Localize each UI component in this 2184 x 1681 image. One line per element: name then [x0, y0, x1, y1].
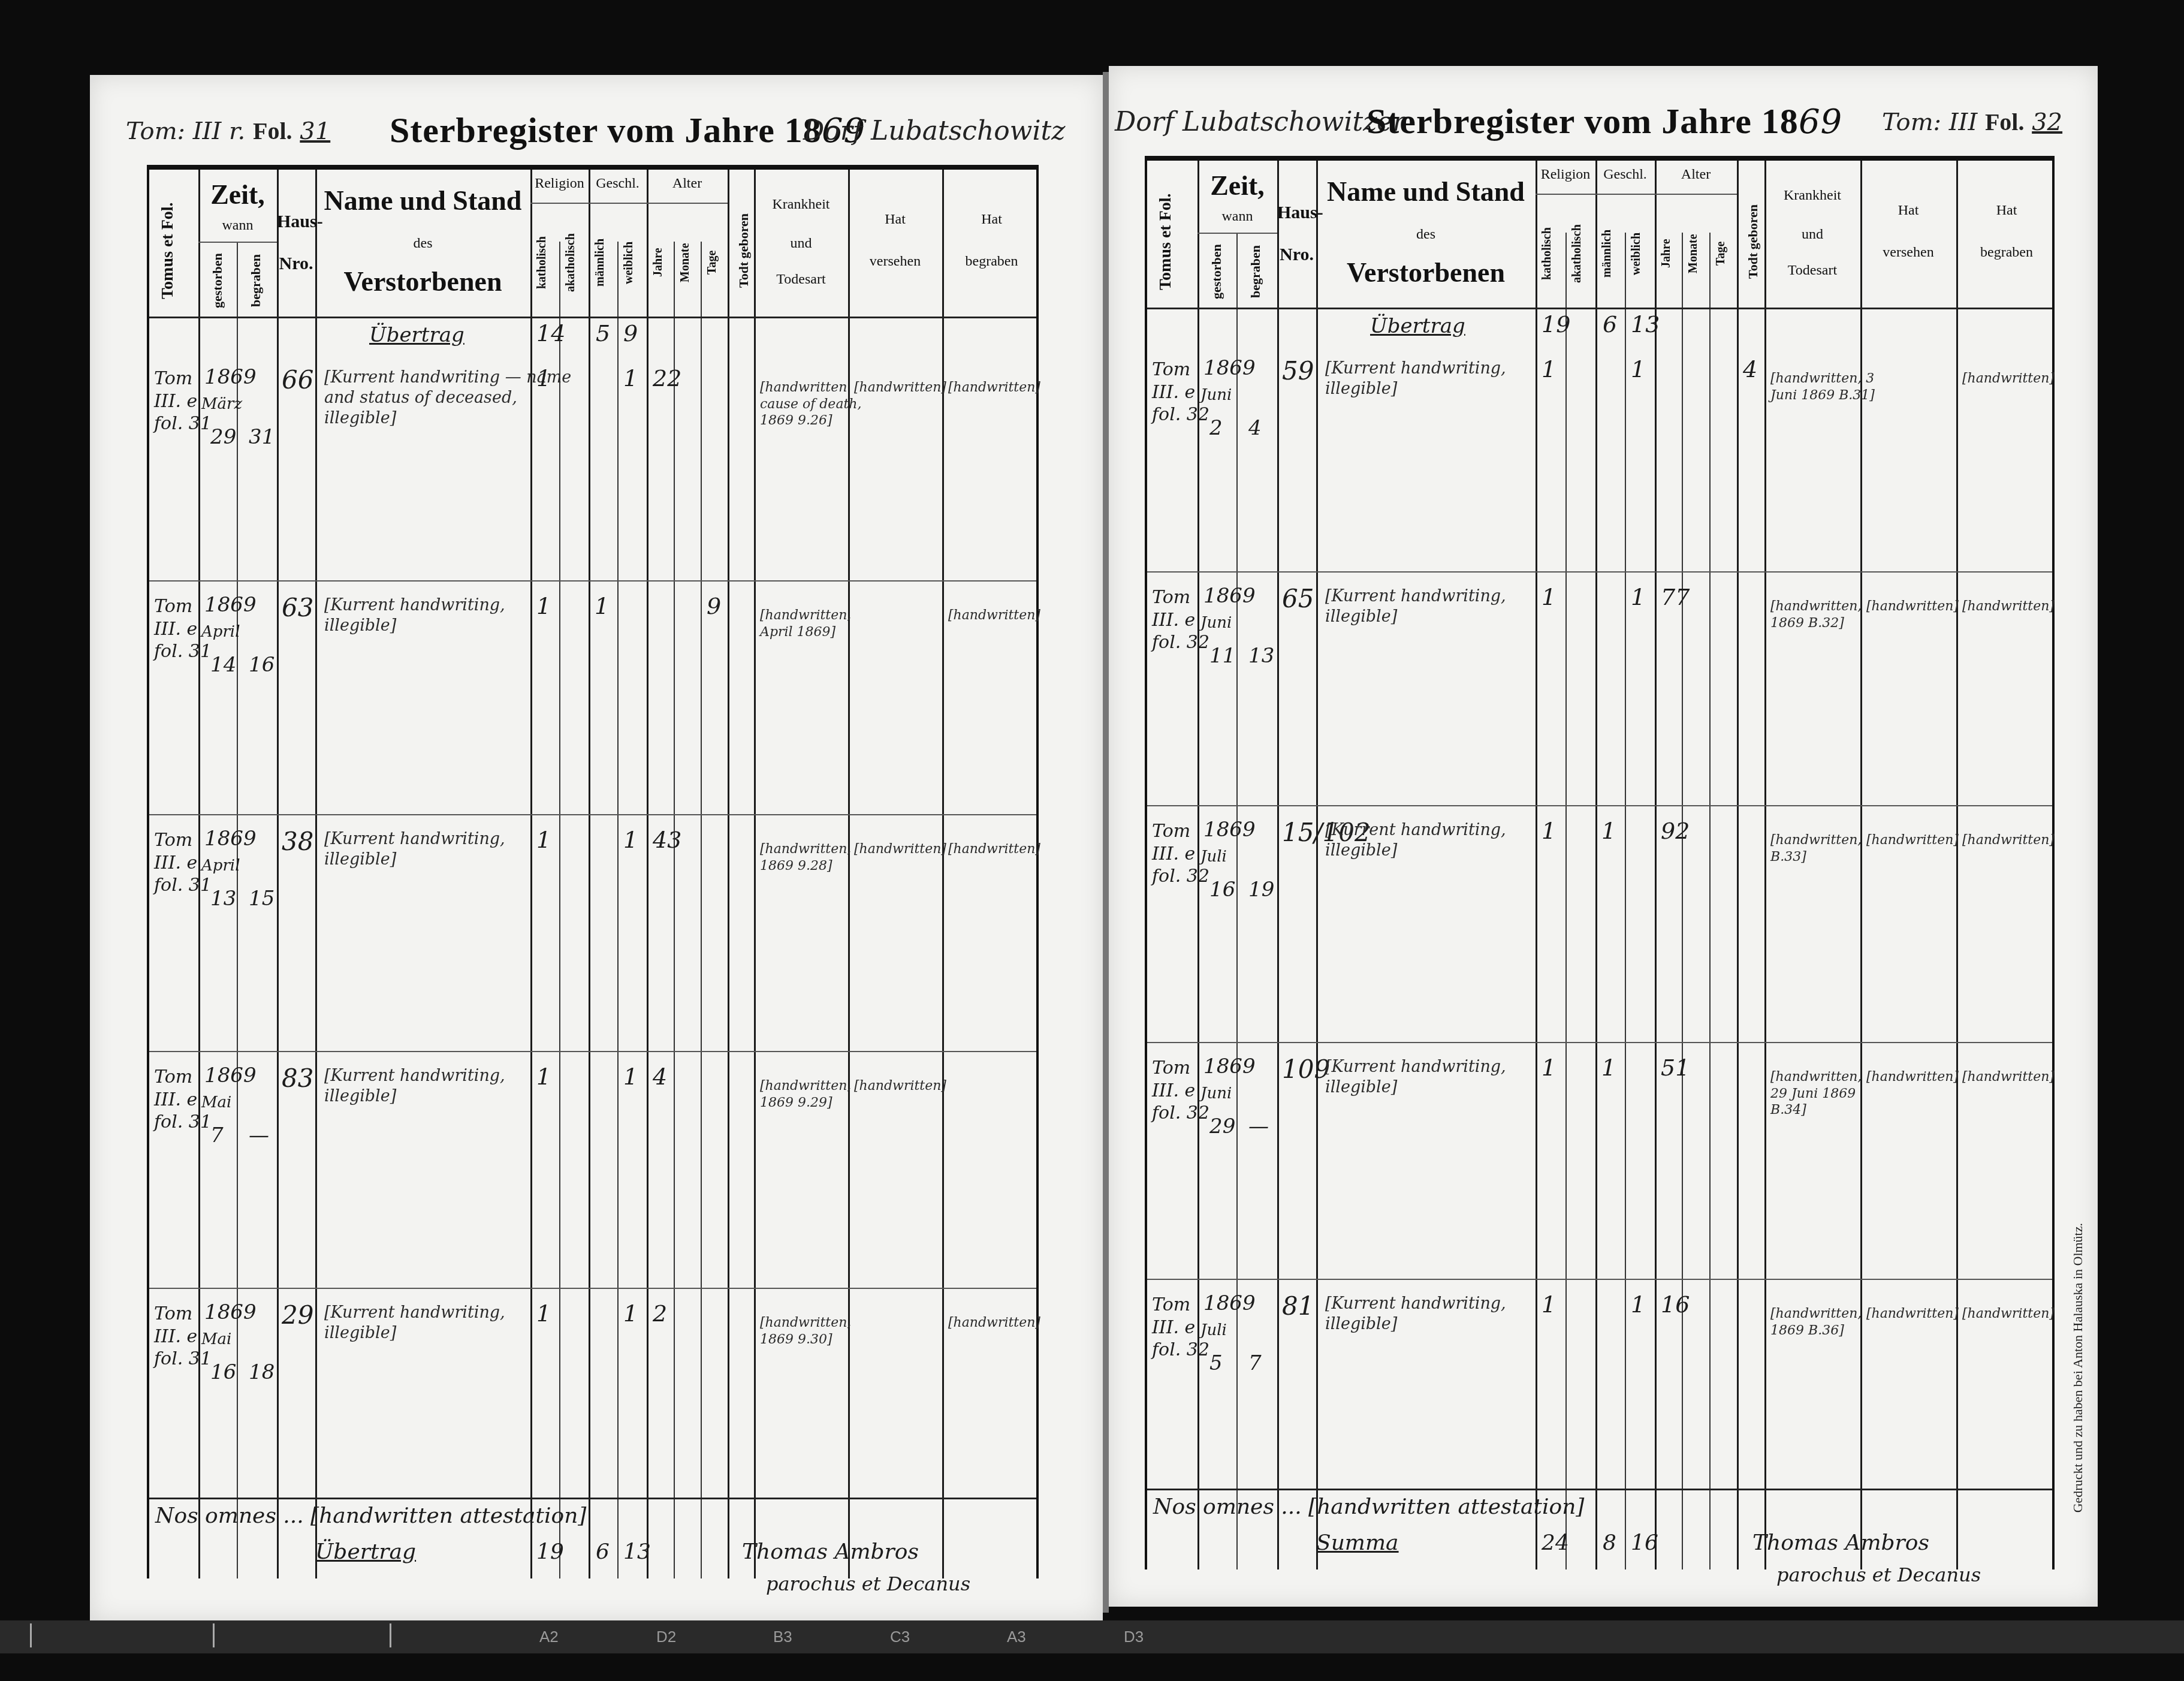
signature-title: parochus et Decanus: [1776, 1563, 1981, 1586]
date-died: 29: [210, 424, 236, 450]
cause-of-death: [handwritten, 1869 9.29]: [760, 1078, 868, 1111]
header-geschl: Geschl.: [1595, 167, 1655, 183]
house-number: 29: [282, 1300, 313, 1331]
value-kath: 1: [1542, 356, 1556, 384]
header-akatholisch: akatholisch: [564, 215, 578, 311]
header-alter: Alter: [1655, 167, 1737, 183]
value-jahre: 51: [1661, 1054, 1690, 1083]
header-geschl: Geschl.: [589, 176, 647, 192]
cause-of-death: [handwritten, 1869 B.36]: [1770, 1306, 1878, 1339]
ruler-label: B3: [773, 1628, 792, 1646]
header-tomus: Tomus et Fol.: [1156, 185, 1175, 299]
value-weibl: 1: [1631, 1291, 1645, 1320]
header-begraben: begraben: [248, 251, 264, 311]
date-died: 2: [1209, 415, 1223, 441]
table-row: Tom III. e fol. 321869Juni111365[Kurrent…: [1147, 580, 2052, 808]
month: März: [201, 394, 242, 414]
fol-prefix: Fol.: [1985, 109, 2025, 135]
value-tage: 9: [707, 592, 721, 621]
footer-summa-label: Summa: [1316, 1531, 1399, 1555]
value-kath: 1: [536, 1300, 551, 1328]
header-hat: Hat: [942, 212, 1041, 228]
date-buried: 31: [249, 424, 274, 450]
year: 1869: [1203, 1054, 1256, 1080]
month: Mai: [201, 1093, 231, 1113]
year: 1869: [204, 826, 257, 852]
header-hat: Hat: [1860, 203, 1956, 219]
date-died: 13: [210, 886, 236, 912]
header-tomus: Tomus et Fol.: [158, 194, 177, 308]
date-died: 16: [210, 1360, 236, 1385]
header-versehen: versehen: [848, 254, 942, 270]
year: 1869: [1203, 1291, 1256, 1317]
provided-sacraments-by: [handwritten]: [1866, 832, 1956, 849]
row-divider: [1147, 1042, 2052, 1043]
buried-by: [handwritten]: [1962, 370, 2052, 387]
value-kath: 1: [536, 1063, 551, 1092]
table-row: Tom III. e fol. 311869März293166[Kurrent…: [149, 361, 1036, 583]
signature-priest: Thomas Ambros: [742, 1540, 919, 1564]
date-died: 5: [1209, 1351, 1223, 1376]
date-buried: 7: [1248, 1351, 1262, 1376]
month: April: [201, 622, 240, 642]
buried-by: [handwritten]: [948, 1315, 1038, 1331]
header-nro: Nro.: [277, 254, 315, 274]
header-krankheit: Krankheit: [754, 197, 848, 213]
fol-prefix: Fol.: [253, 118, 292, 144]
header-religion: Religion: [530, 176, 589, 192]
date-buried: 13: [1248, 643, 1274, 669]
value-kath: 1: [1542, 817, 1556, 846]
year: 1869: [204, 1063, 257, 1089]
buried-by: [handwritten]: [1962, 1306, 2052, 1322]
row-divider: [1147, 805, 2052, 806]
value-kath: 1: [1542, 1291, 1556, 1320]
header-zeit: Zeit,: [198, 179, 277, 210]
header-begraben: begraben: [1248, 242, 1263, 302]
cause-of-death: [handwritten, 29 Juni 1869 B.34]: [1770, 1069, 1878, 1119]
year: 1869: [204, 364, 257, 390]
value-jahre: 77: [1661, 583, 1690, 612]
row-divider: [149, 1051, 1036, 1052]
header-haus: Haus-: [1277, 203, 1316, 223]
zeit-subrule: [1197, 233, 1277, 234]
header-versehen: versehen: [1860, 245, 1956, 261]
buried-by: [handwritten]: [1962, 1069, 2052, 1086]
value-kath: 1: [536, 364, 551, 393]
carryover-maennl: 5: [596, 320, 610, 348]
house-number: 65: [1282, 583, 1314, 615]
header-name: Name und Stand: [1316, 176, 1536, 207]
ruler-label: D2: [656, 1628, 676, 1646]
provided-sacraments-by: [handwritten]: [1866, 1069, 1956, 1086]
header-zeit: Zeit,: [1197, 170, 1277, 201]
footer-maennl: 6: [596, 1540, 610, 1564]
header-katholisch: katholisch: [1540, 206, 1554, 302]
table-row: Tom III. e fol. 311869April141663[Kurren…: [149, 589, 1036, 817]
page-title: Sterbregister vom Jahre 1869: [1366, 101, 1842, 142]
header-haus: Haus-: [277, 212, 315, 232]
year: 1869: [1203, 817, 1256, 843]
carryover-weibl: 9: [623, 320, 638, 348]
header-monate: Monate: [1687, 206, 1700, 302]
row-divider: [1147, 1279, 2052, 1280]
header-maennlich: männlich: [593, 215, 607, 311]
header-jahre: Jahre: [651, 215, 665, 311]
year: 1869: [1203, 583, 1256, 609]
attestation-line: Nos omnes ... [handwritten attestation]: [155, 1504, 586, 1528]
header-begraben-by: begraben: [942, 254, 1041, 270]
carryover-label: Übertrag: [1370, 314, 1465, 339]
header-und: und: [1764, 227, 1860, 243]
buried-by: [handwritten]: [948, 379, 1038, 396]
place-name: Dorf Lubatschowitzer: [1115, 107, 1405, 137]
month: Mai: [201, 1330, 231, 1349]
house-number: 63: [282, 592, 313, 624]
value-maennl: 1: [1601, 1054, 1616, 1083]
buried-by: [handwritten]: [1962, 832, 2052, 849]
header-religion: Religion: [1536, 167, 1595, 183]
header-maennlich: männlich: [1600, 206, 1614, 302]
table-row: Tom III. e fol. 321869Juli5781[Kurrent h…: [1147, 1288, 2052, 1480]
table-row: Tom III. e fol. 311869Mai7—83[Kurrent ha…: [149, 1060, 1036, 1291]
title-text: Sterbregister vom Jahre 18: [390, 110, 822, 150]
carryover-label: Übertrag: [369, 323, 464, 348]
date-buried: 18: [249, 1360, 274, 1385]
header-katholisch: katholisch: [535, 215, 549, 311]
left-page: Tom: III r. Fol. 31 Sterbregister vom Ja…: [90, 75, 1103, 1622]
register-table: Tomus et Fol.Zeit,wanngestorbenbegrabenH…: [1145, 156, 2055, 1569]
row-divider: [149, 580, 1036, 582]
header-hat: Hat: [848, 212, 942, 228]
table-row: Tom III. e fol. 311869Mai161829[Kurrent …: [149, 1297, 1036, 1489]
right-page-header: Dorf Lubatschowitzer Sterbregister vom J…: [1109, 96, 2098, 150]
right-page: Dorf Lubatschowitzer Sterbregister vom J…: [1109, 66, 2098, 1607]
house-number: 59: [1282, 356, 1314, 387]
table-row: Tom III. e fol. 321869Juli161915/102[Kur…: [1147, 814, 2052, 1045]
fol-number: 31: [300, 118, 330, 145]
header-todt-geboren: Todt geboren: [1745, 185, 1761, 299]
header-des: des: [1316, 227, 1536, 243]
date-died: 16: [1209, 877, 1235, 903]
month: Juni: [1200, 1084, 1232, 1104]
header-gestorben: gestorben: [210, 251, 225, 311]
group-subrule: [530, 203, 728, 204]
header-begraben-by: begraben: [1956, 245, 2057, 261]
group-subrule: [1536, 194, 1737, 195]
ruler-tick: [30, 1623, 32, 1647]
ruler-tick: [213, 1623, 215, 1647]
house-number: 81: [1282, 1291, 1314, 1322]
house-number: 109: [1282, 1054, 1330, 1086]
header-nro: Nro.: [1277, 245, 1316, 265]
microfilm-ruler: A2D2B3C3A3D3: [0, 1620, 2184, 1653]
date-died: 14: [210, 652, 236, 678]
header-gestorben: gestorben: [1209, 242, 1224, 302]
table-row: Tom III. e fol. 321869Juni29—109[Kurrent…: [1147, 1051, 2052, 1282]
signature-title: parochus et Decanus: [766, 1572, 970, 1595]
value-weibl: 1: [623, 826, 638, 855]
date-buried: —: [1248, 1114, 1269, 1140]
header-todt-geboren: Todt geboren: [736, 194, 752, 308]
title-year: 69: [1799, 103, 1842, 141]
tom-fol-label: Tom: III Fol. 32: [1882, 108, 2062, 136]
cause-of-death: [handwritten, 3 Juni 1869 B.31]: [1770, 370, 1878, 403]
carryover-kath: 19: [1542, 311, 1570, 339]
footer-rule: [149, 1498, 1036, 1499]
value-weibl: 1: [623, 1063, 638, 1092]
date-buried: 4: [1248, 415, 1262, 441]
ruler-label: C3: [890, 1628, 910, 1646]
carryover-kath: 14: [536, 320, 565, 348]
value-weibl: 1: [1631, 583, 1645, 612]
ruler-label: D3: [1124, 1628, 1144, 1646]
value-kath: 1: [1542, 583, 1556, 612]
month: Juli: [1200, 1321, 1227, 1340]
date-died: 29: [1209, 1114, 1235, 1140]
value-jahre: 16: [1661, 1291, 1690, 1320]
fol-number: 32: [2032, 109, 2062, 136]
buried-by: [handwritten]: [1962, 598, 2052, 615]
cause-of-death: [handwritten, 1869 9.28]: [760, 841, 868, 874]
header-verstorbenen: Verstorbenen: [315, 266, 530, 297]
header-weiblich: weiblich: [1630, 206, 1643, 302]
provided-sacraments-by: [handwritten]: [854, 379, 944, 396]
provided-sacraments-by: [handwritten]: [854, 1078, 944, 1095]
value-jahre: 2: [653, 1300, 667, 1328]
footer-weibl: 13: [623, 1540, 651, 1564]
row-divider: [149, 814, 1036, 815]
footer-kath: 19: [536, 1540, 564, 1564]
header-todesart: Todesart: [754, 272, 848, 288]
header-hat: Hat: [1956, 203, 2057, 219]
date-buried: 15: [249, 886, 274, 912]
footer-summa-label: Übertrag: [315, 1540, 416, 1564]
header-wann: wann: [1197, 209, 1277, 225]
row-divider: [149, 1288, 1036, 1289]
attestation-line: Nos omnes ... [handwritten attestation]: [1153, 1495, 1584, 1519]
header-und: und: [754, 236, 848, 252]
carryover-maennl: 6: [1603, 311, 1617, 339]
value-jahre: 4: [653, 1063, 667, 1092]
printer-imprint: Gedruckt und zu haben bei Anton Halauska…: [2070, 1223, 2086, 1513]
header-bottom-rule: [1147, 308, 2052, 309]
signature-priest: Thomas Ambros: [1752, 1531, 1929, 1555]
house-number: 38: [282, 826, 313, 858]
row-divider: [1147, 571, 2052, 573]
header-tage: Tage: [705, 215, 719, 311]
footer-maennl: 8: [1603, 1531, 1616, 1555]
cause-of-death: [handwritten, April 1869]: [760, 607, 868, 640]
table-row: Tom III. e fol. 321869Juni2459[Kurrent h…: [1147, 353, 2052, 574]
provided-sacraments-by: [handwritten]: [1866, 598, 1956, 615]
register-table: Tomus et Fol.Zeit,wanngestorbenbegrabenH…: [147, 165, 1039, 1578]
value-kath: 1: [536, 592, 551, 621]
header-krankheit: Krankheit: [1764, 188, 1860, 204]
page-title: Sterbregister vom Jahre 1869: [390, 110, 865, 151]
date-buried: 19: [1248, 877, 1274, 903]
value-weibl: 1: [623, 364, 638, 393]
date-buried: 16: [249, 652, 274, 678]
title-text: Sterbregister vom Jahre 18: [1366, 101, 1799, 141]
date-died: 7: [210, 1123, 224, 1149]
cause-of-death: [handwritten, B.33]: [1770, 832, 1878, 865]
header-des: des: [315, 236, 530, 252]
value-kath: 1: [1542, 1054, 1556, 1083]
provided-sacraments-by: [handwritten]: [1866, 1306, 1956, 1322]
tom-label: Tom: III r.: [126, 118, 245, 145]
header-jahre: Jahre: [1660, 206, 1673, 302]
tom-label: Tom: III: [1882, 109, 1977, 136]
value-jahre: 92: [1661, 817, 1690, 846]
value-weibl: 1: [1631, 356, 1645, 384]
ruler-tick: [390, 1623, 391, 1647]
value-weibl: 1: [623, 1300, 638, 1328]
value-maennl: 1: [1601, 817, 1616, 846]
tom-fol-label: Tom: III r. Fol. 31: [126, 117, 330, 145]
ruler-label: A2: [539, 1628, 559, 1646]
month: Juli: [1200, 847, 1227, 867]
carryover-weibl: 13: [1631, 311, 1660, 339]
header-alter: Alter: [647, 176, 728, 192]
header-todesart: Todesart: [1764, 263, 1860, 279]
footer-weibl: 16: [1631, 1531, 1658, 1555]
header-akatholisch: akatholisch: [1570, 206, 1584, 302]
footer-kath: 24: [1542, 1531, 1569, 1555]
book-spine: [1103, 72, 1109, 1613]
value-jahre: 43: [653, 826, 681, 855]
zeit-subrule: [198, 242, 277, 243]
house-number: 83: [282, 1063, 313, 1095]
value-jahre: 22: [653, 364, 681, 393]
place-name: Dorf Lubatschowitz: [803, 116, 1065, 146]
value-todt_geboren: 4: [1743, 356, 1757, 384]
year: 1869: [204, 1300, 257, 1325]
header-name: Name und Stand: [315, 185, 530, 216]
month: Juni: [1200, 385, 1232, 405]
cause-of-death: [handwritten cause of death, 1869 9.26]: [760, 379, 868, 429]
buried-by: [handwritten]: [948, 841, 1038, 858]
header-monate: Monate: [678, 215, 692, 311]
cause-of-death: [handwritten, 1869 B.32]: [1770, 598, 1878, 631]
year: 1869: [1203, 356, 1256, 381]
buried-by: [handwritten]: [948, 607, 1038, 624]
value-maennl: 1: [595, 592, 609, 621]
house-number: 66: [282, 364, 313, 396]
header-verstorbenen: Verstorbenen: [1316, 257, 1536, 288]
date-died: 11: [1209, 643, 1235, 669]
year: 1869: [204, 592, 257, 618]
value-kath: 1: [536, 826, 551, 855]
ruler-label: A3: [1007, 1628, 1026, 1646]
footer-rule: [1147, 1489, 2052, 1490]
month: Juni: [1200, 613, 1232, 633]
month: April: [201, 856, 240, 876]
cause-of-death: [handwritten, 1869 9.30]: [760, 1315, 868, 1348]
header-tage: Tage: [1714, 206, 1728, 302]
provided-sacraments-by: [handwritten]: [854, 841, 944, 858]
left-page-header: Tom: III r. Fol. 31 Sterbregister vom Ja…: [90, 105, 1103, 159]
table-row: Tom III. e fol. 311869April131538[Kurren…: [149, 823, 1036, 1054]
header-bottom-rule: [149, 317, 1036, 318]
date-buried: —: [249, 1123, 269, 1149]
header-weiblich: weiblich: [622, 215, 636, 311]
header-wann: wann: [198, 218, 277, 234]
